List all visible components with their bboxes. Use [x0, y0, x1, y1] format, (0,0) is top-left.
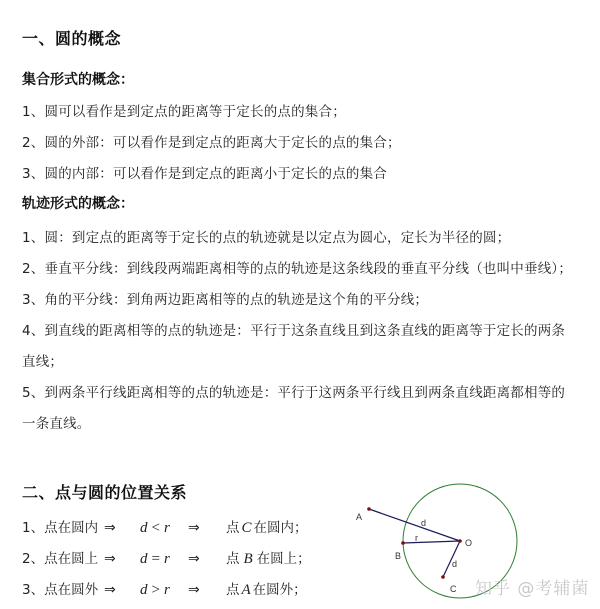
implies-arrow-icon: ⇒ [104, 520, 140, 536]
point-label: B [243, 551, 252, 568]
implies-arrow-icon: ⇒ [188, 520, 226, 536]
set-form-item-1: 1、圆可以看作是到定点的距离等于定长的点的集合； [22, 100, 346, 120]
result-suffix: 在圆外； [253, 578, 307, 598]
result-prefix: 点 [226, 516, 240, 536]
implies-arrow-icon: ⇒ [104, 582, 140, 598]
math-d: d [140, 520, 148, 537]
math-r: r [164, 582, 188, 599]
point-label: A [241, 582, 250, 599]
label-d-CO: d [452, 559, 457, 569]
point-C-dot [441, 575, 445, 579]
math-r: r [164, 551, 188, 568]
set-form-item-2: 2、圆的外部：可以看作是到定点的距离大于定长的点的集合； [22, 131, 401, 151]
label-C: C [450, 584, 457, 594]
locus-form-item-4-cont: 直线； [22, 350, 63, 370]
locus-form-item-2: 2、垂直平分线：到线段两端距离相等的点的轨迹是这条线段的垂直平分线（也叫中垂线）… [22, 257, 572, 277]
locus-form-item-4: 4、到直线的距离相等的点的轨迹是：平行于这条直线且到这条直线的距离等于定长的两条 [22, 319, 565, 339]
math-d: d [140, 551, 148, 568]
result-prefix: 点 [226, 547, 240, 567]
math-d: d [140, 582, 148, 599]
result-prefix: 点 [226, 578, 240, 598]
watermark: 知乎 @考辅菌 [475, 574, 589, 599]
set-form-heading: 集合形式的概念： [22, 69, 134, 89]
label-O: O [465, 538, 472, 548]
point-label: C [241, 520, 251, 537]
implies-arrow-icon: ⇒ [104, 551, 140, 567]
point-O-dot [458, 539, 462, 543]
math-operator: = [152, 551, 160, 568]
locus-form-item-5: 5、到两条平行线距离相等的点的轨迹是：平行于这两条平行线且到两条直线距离都相等的 [22, 381, 565, 401]
relation-case: 2、点在圆上 [22, 547, 104, 567]
relation-row-outside: 3、点在圆外⇒d>r⇒点A在圆外； [22, 578, 307, 599]
section-2-title: 二、点与圆的位置关系 [22, 480, 187, 503]
math-operator: > [152, 582, 160, 599]
locus-form-heading: 轨迹形式的概念： [22, 193, 134, 213]
implies-arrow-icon: ⇒ [188, 582, 226, 598]
relation-case: 3、点在圆外 [22, 578, 104, 598]
label-r: r [415, 533, 418, 543]
result-suffix: 在圆内； [253, 516, 307, 536]
label-d-AO: d [421, 518, 426, 528]
math-r: r [164, 520, 188, 537]
segment-BO [403, 541, 460, 543]
relation-row-on: 2、点在圆上⇒d=r⇒点B在圆上； [22, 547, 311, 568]
point-A-dot [367, 507, 371, 511]
label-A: A [356, 512, 362, 522]
math-operator: < [152, 520, 160, 537]
locus-form-item-5-cont: 一条直线。 [22, 412, 91, 432]
set-form-item-3: 3、圆的内部：可以看作是到定点的距离小于定长的点的集合 [22, 162, 387, 182]
section-1-title: 一、圆的概念 [22, 26, 121, 49]
relation-case: 1、点在圆内 [22, 516, 104, 536]
point-B-dot [401, 541, 405, 545]
label-B: B [395, 551, 401, 561]
locus-form-item-3: 3、角的平分线：到角两边距离相等的点的轨迹是这个角的平分线； [22, 288, 428, 308]
relation-row-inside: 1、点在圆内⇒d<r⇒点C在圆内； [22, 516, 307, 537]
result-suffix: 在圆上； [257, 547, 311, 567]
locus-form-item-1: 1、圆：到定点的距离等于定长的点的轨迹就是以定点为圆心，定长为半径的圆； [22, 226, 510, 246]
implies-arrow-icon: ⇒ [188, 551, 226, 567]
